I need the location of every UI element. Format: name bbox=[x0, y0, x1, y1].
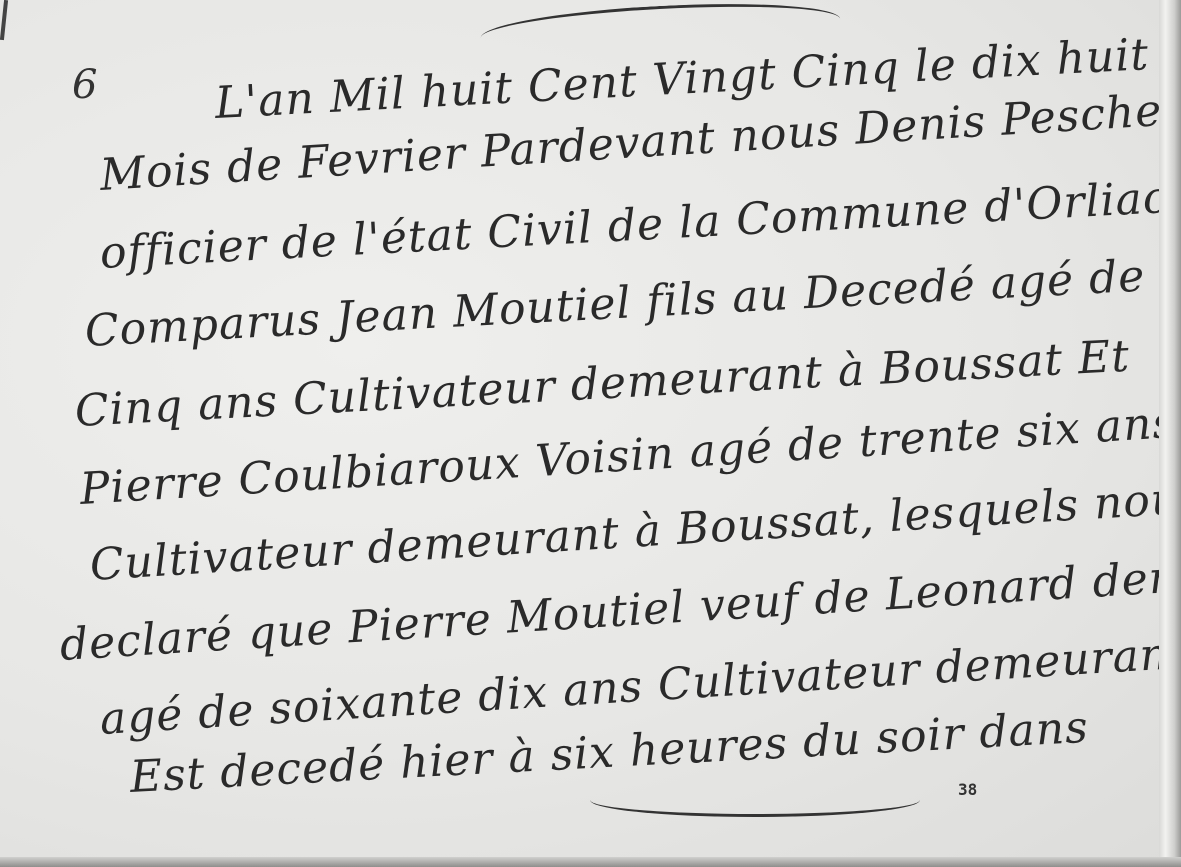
page-gutter-edge bbox=[1159, 0, 1181, 867]
page-bottom-edge bbox=[0, 857, 1181, 867]
decorative-flourish-top bbox=[480, 0, 841, 42]
decorative-flourish-bottom bbox=[590, 800, 920, 817]
manuscript-page: 6 L'an Mil huit Cent Vingt Cinq le dix h… bbox=[0, 0, 1181, 867]
margin-stroke bbox=[0, 0, 8, 40]
folio-mark: 38 bbox=[958, 780, 977, 799]
entry-number: 6 bbox=[72, 62, 97, 108]
